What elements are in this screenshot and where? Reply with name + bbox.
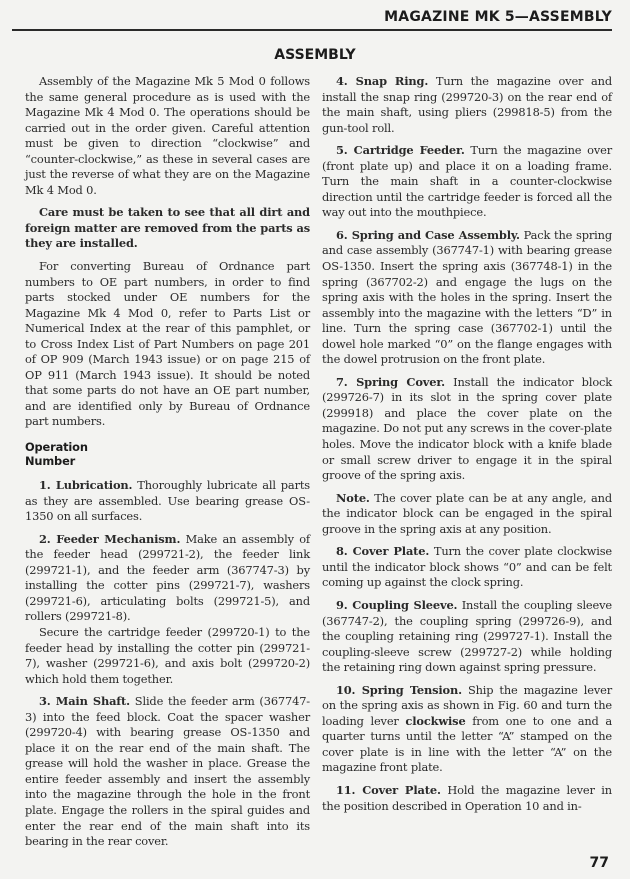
operation-number-heading: Operation Number (25, 440, 310, 468)
operation-title: 2. Feeder Mechanism. (39, 532, 180, 546)
operation-title: 3. Main Shaft. (39, 694, 130, 708)
right-column: 4. Snap Ring. Turn the magazine over and… (322, 74, 612, 821)
operation-heading-line2: Number (25, 454, 310, 468)
operation-4: 4. Snap Ring. Turn the magazine over and… (322, 74, 612, 136)
operation-title: 5. Cartridge Feeder. (336, 143, 465, 157)
emphasis-clockwise: clockwise (405, 714, 465, 728)
operation-7: 7. Spring Cover. Install the indicator b… (322, 375, 612, 484)
operation-text: Slide the feeder arm (367747-3) into the… (25, 694, 310, 848)
operation-10: 10. Spring Tension. Ship the magazine le… (322, 683, 612, 776)
operation-9: 9. Coupling Sleeve. Install the coupling… (322, 598, 612, 676)
operation-title: 1. Lubrication. (39, 478, 132, 492)
operation-title: 7. Spring Cover. (336, 375, 445, 389)
operation-title: 8. Cover Plate. (336, 544, 429, 558)
operation-title: 9. Coupling Sleeve. (336, 598, 457, 612)
page-number: 77 (590, 855, 609, 871)
operation-3: 3. Main Shaft. Slide the feeder arm (367… (25, 694, 310, 849)
operation-title: 4. Snap Ring. (336, 74, 428, 88)
conversion-paragraph: For converting Bureau of Ordnance part n… (25, 259, 310, 430)
operation-1: 1. Lubrication. Thoroughly lubricate all… (25, 478, 310, 525)
operation-5: 5. Cartridge Feeder. Turn the magazine o… (322, 143, 612, 221)
note-paragraph: Note. The cover plate can be at any angl… (322, 491, 612, 538)
operation-heading-line1: Operation (25, 440, 310, 454)
operation-6: 6. Spring and Case Assembly. Pack the sp… (322, 228, 612, 368)
running-head: MAGAZINE MK 5—ASSEMBLY (384, 9, 612, 25)
intro-paragraph: Assembly of the Magazine Mk 5 Mod 0 foll… (25, 74, 310, 198)
note-label: Note. (336, 491, 370, 505)
operation-title: 10. Spring Tension. (336, 683, 462, 697)
operation-text: Install the indicator block (299726-7) i… (322, 375, 612, 482)
operation-8: 8. Cover Plate. Turn the cover plate clo… (322, 544, 612, 591)
header-rule (12, 29, 612, 31)
caution-paragraph: Care must be taken to see that all dirt … (25, 205, 310, 252)
operation-2-continuation: Secure the cartridge feeder (299720-1) t… (25, 625, 310, 687)
operation-11: 11. Cover Plate. Hold the magazine lever… (322, 783, 612, 814)
operation-title: 6. Spring and Case Assembly. (336, 228, 520, 242)
operation-text: Pack the spring and case assembly (36774… (322, 228, 612, 366)
left-column: Assembly of the Magazine Mk 5 Mod 0 foll… (25, 74, 310, 857)
operation-2: 2. Feeder Mechanism. Make an assembly of… (25, 532, 310, 625)
operation-title: 11. Cover Plate. (336, 783, 441, 797)
section-title: ASSEMBLY (0, 47, 630, 63)
